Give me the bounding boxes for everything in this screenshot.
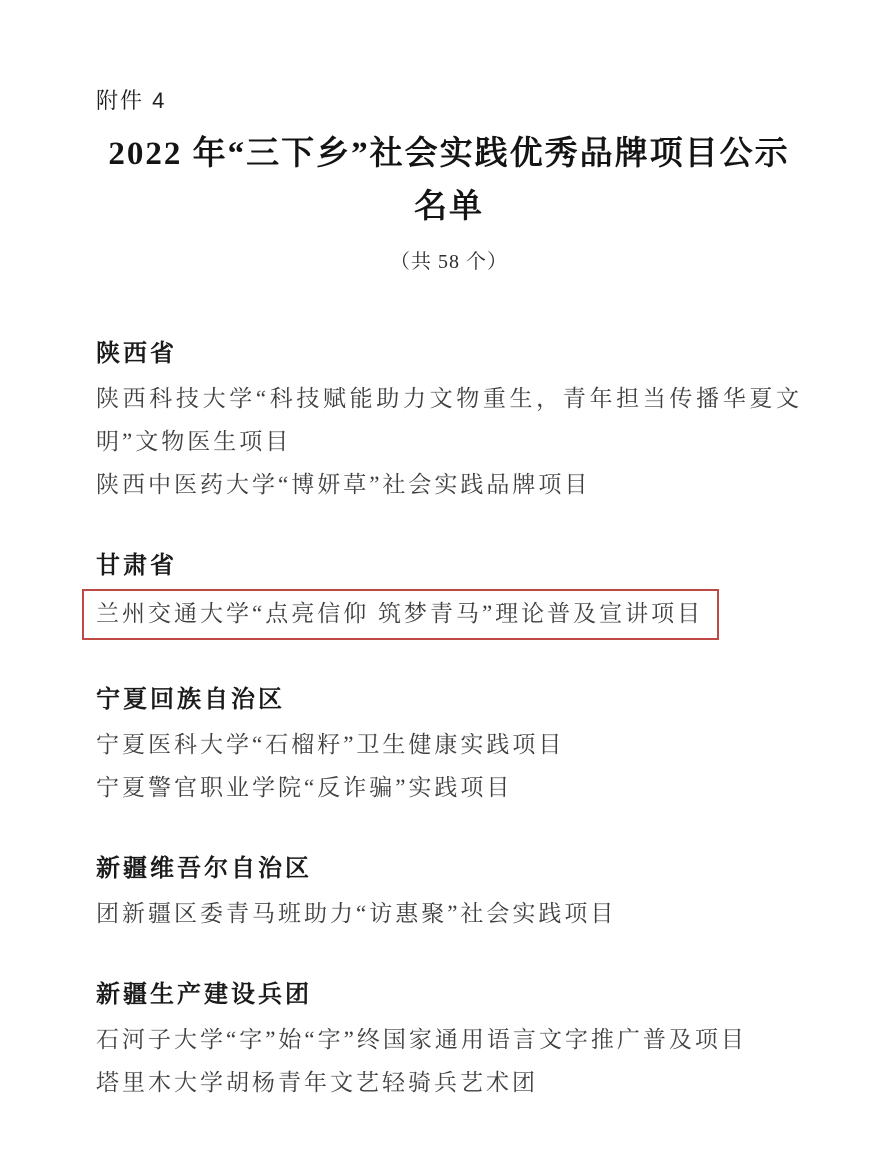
region-section-gansu: 甘肃省 兰州交通大学“点亮信仰 筑梦青马”理论普及宣讲项目 [96, 552, 802, 640]
project-item-text: 兰州交通大学“点亮信仰 筑梦青马”理论普及宣讲项目 [96, 601, 703, 626]
project-item: 团新疆区委青马班助力“访惠聚”社会实践项目 [96, 892, 802, 935]
region-heading: 新疆维吾尔自治区 [96, 855, 802, 883]
region-section-xinjiang: 新疆维吾尔自治区 团新疆区委青马班助力“访惠聚”社会实践项目 [96, 855, 802, 935]
project-item: 宁夏警官职业学院“反诈骗”实践项目 [96, 766, 802, 809]
region-heading: 新疆生产建设兵团 [96, 981, 802, 1009]
region-heading: 陕西省 [96, 340, 802, 368]
region-section-shaanxi: 陕西省 陕西科技大学“科技赋能助力文物重生，青年担当传播华夏文明”文物医生项目 … [96, 340, 802, 506]
region-section-ningxia: 宁夏回族自治区 宁夏医科大学“石榴籽”卫生健康实践项目 宁夏警官职业学院“反诈骗… [96, 686, 802, 809]
project-item: 陕西中医药大学“博妍草”社会实践品牌项目 [96, 463, 802, 506]
region-list: 陕西省 陕西科技大学“科技赋能助力文物重生，青年担当传播华夏文明”文物医生项目 … [96, 340, 802, 1104]
attachment-label: 附件 4 [96, 88, 802, 114]
project-item: 宁夏医科大学“石榴籽”卫生健康实践项目 [96, 723, 802, 766]
total-count-note: （共 58 个） [96, 246, 802, 278]
project-item: 石河子大学“字”始“字”终国家通用语言文字推广普及项目 [96, 1018, 802, 1061]
region-section-xinjiang-corps: 新疆生产建设兵团 石河子大学“字”始“字”终国家通用语言文字推广普及项目 塔里木… [96, 981, 802, 1104]
project-item: 陕西科技大学“科技赋能助力文物重生，青年担当传播华夏文明”文物医生项目 [96, 377, 802, 463]
document-title-line1: 2022 年“三下乡”社会实践优秀品牌项目公示 [108, 136, 789, 172]
project-item: 塔里木大学胡杨青年文艺轻骑兵艺术团 [96, 1061, 802, 1104]
document-page: 附件 4 2022 年“三下乡”社会实践优秀品牌项目公示 名单 （共 58 个）… [0, 0, 880, 1152]
highlight-box: 兰州交通大学“点亮信仰 筑梦青马”理论普及宣讲项目 [82, 589, 719, 640]
document-title: 2022 年“三下乡”社会实践优秀品牌项目公示 名单 [96, 128, 802, 234]
project-item-highlighted: 兰州交通大学“点亮信仰 筑梦青马”理论普及宣讲项目 [96, 589, 802, 640]
region-heading: 甘肃省 [96, 552, 802, 580]
region-heading: 宁夏回族自治区 [96, 686, 802, 714]
document-title-line2: 名单 [414, 189, 484, 225]
